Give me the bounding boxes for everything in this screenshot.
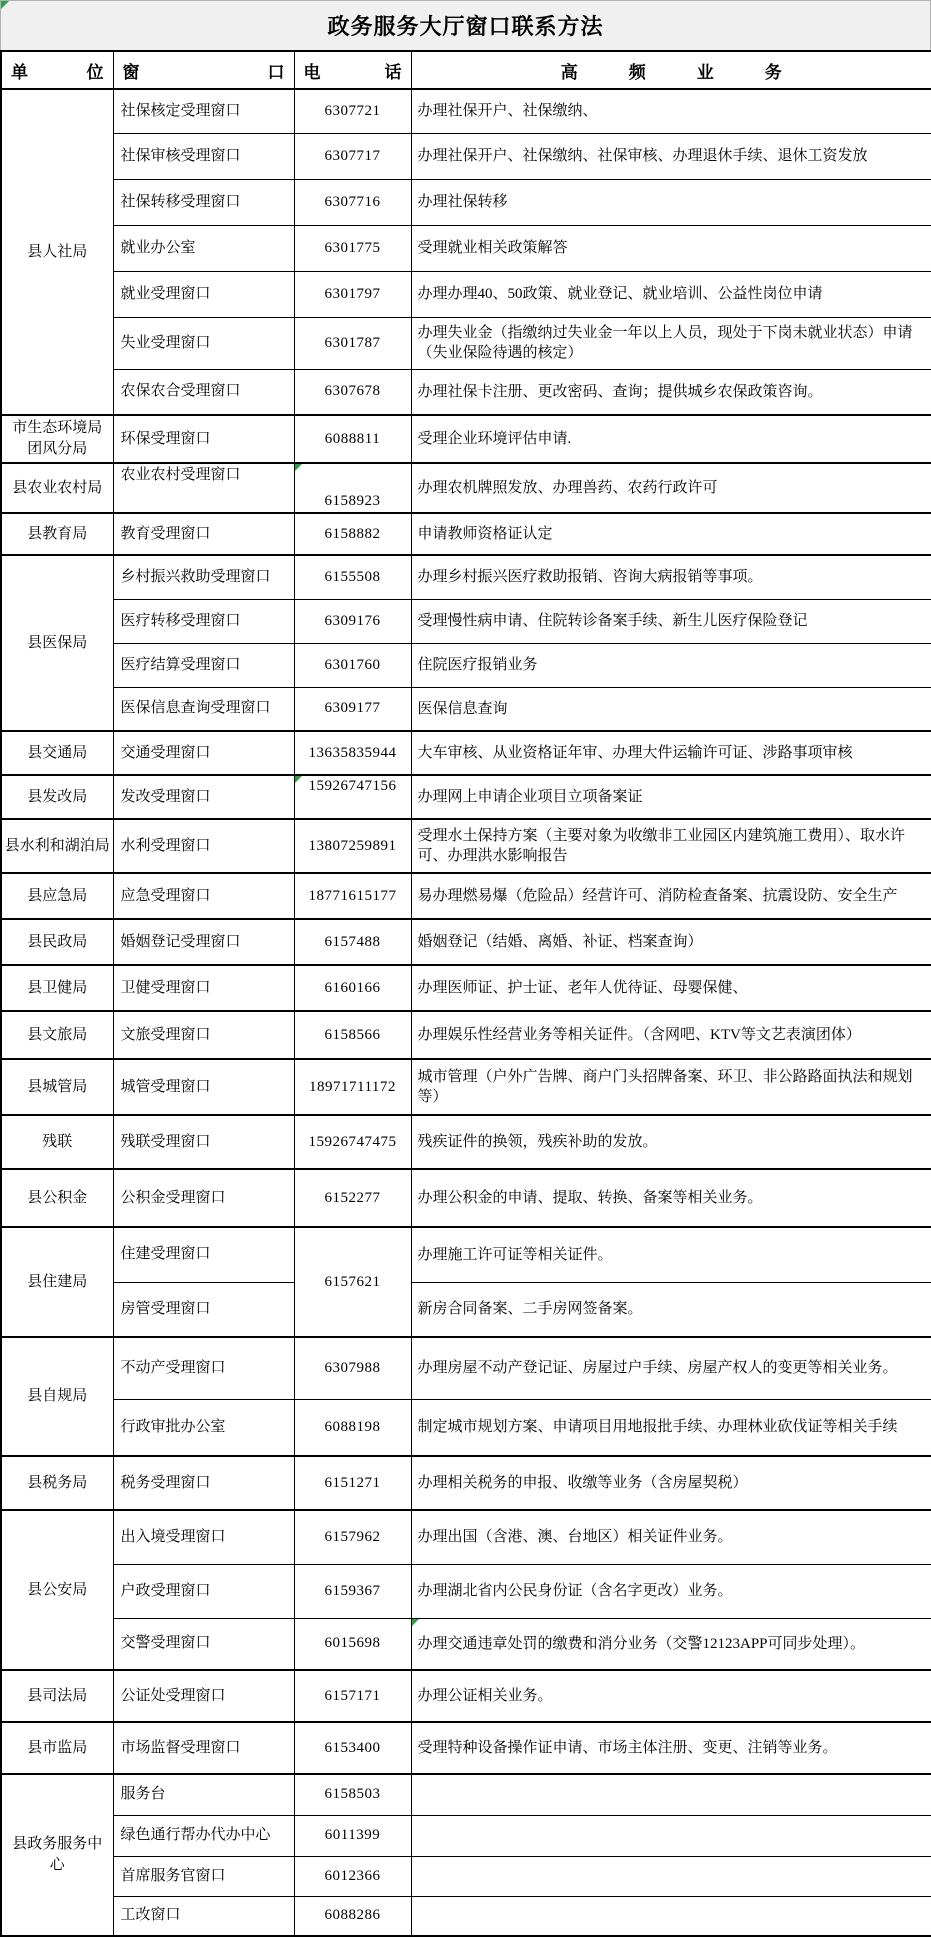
window-cell: 医保信息查询受理窗口 xyxy=(113,687,294,731)
table-row: 失业受理窗口6301787办理失业金（指缴纳过失业金一年以上人员，现处于下岗未就… xyxy=(1,317,931,369)
unit-cell: 县司法局 xyxy=(1,1670,113,1722)
business-cell: 办理网上申请企业项目立项备案证 xyxy=(411,775,931,819)
window-cell: 市场监督受理窗口 xyxy=(113,1722,294,1774)
phone-cell: 6157962 xyxy=(294,1510,411,1564)
business-cell: 残疾证件的换领，残疾补助的发放。 xyxy=(411,1115,931,1169)
business-cell: 受理水土保持方案（主要对象为收缴非工业园区内建筑施工费用）、取水许可、办理洪水影… xyxy=(411,819,931,873)
business-cell: 办理公积金的申请、提取、转换、备案等相关业务。 xyxy=(411,1169,931,1227)
table-row: 县税务局税务受理窗口6151271办理相关税务的申报、收缴等业务（含房屋契税） xyxy=(1,1456,931,1510)
business-cell: 医保信息查询 xyxy=(411,687,931,731)
unit-cell: 县卫健局 xyxy=(1,965,113,1011)
phone-cell: 18771615177 xyxy=(294,873,411,919)
phone-cell: 6301787 xyxy=(294,317,411,369)
business-cell: 办理失业金（指缴纳过失业金一年以上人员，现处于下岗未就业状态）申请（失业保险待遇… xyxy=(411,317,931,369)
table-row: 首席服务官窗口6012366 xyxy=(1,1856,931,1896)
table-row: 县住建局住建受理窗口6157621办理施工许可证等相关证件。 xyxy=(1,1227,931,1282)
business-cell: 办理社保开户、社保缴纳、社保审核、办理退休手续、退休工资发放 xyxy=(411,133,931,179)
phone-cell: 6158882 xyxy=(294,513,411,555)
business-cell xyxy=(411,1896,931,1936)
table-row: 县民政局婚姻登记受理窗口6157488婚姻登记（结婚、离婚、补证、档案查询） xyxy=(1,919,931,965)
table-row: 县市监局市场监督受理窗口6153400受理特种设备操作证申请、市场主体注册、变更… xyxy=(1,1722,931,1774)
window-cell: 农保农合受理窗口 xyxy=(113,369,294,415)
window-cell: 城管受理窗口 xyxy=(113,1059,294,1115)
window-cell: 绿色通行帮办代办中心 xyxy=(113,1815,294,1856)
cell-marker-icon xyxy=(412,1619,419,1626)
business-cell: 受理特种设备操作证申请、市场主体注册、变更、注销等业务。 xyxy=(411,1722,931,1774)
phone-cell: 6309176 xyxy=(294,599,411,643)
business-cell: 办理社保开户、社保缴纳、 xyxy=(411,89,931,133)
phone-cell: 15926747475 xyxy=(294,1115,411,1169)
phone-cell: 6307721 xyxy=(294,89,411,133)
business-cell: 易办理燃易爆（危险品）经营许可、消防检查备案、抗震设防、安全生产 xyxy=(411,873,931,919)
cell-marker-icon xyxy=(295,464,302,471)
business-cell: 制定城市规划方案、申请项目用地报批手续、办理林业砍伐证等相关手续 xyxy=(411,1399,931,1456)
table-row: 县人社局社保核定受理窗口6307721办理社保开户、社保缴纳、 xyxy=(1,89,931,133)
table-row: 县政务服务中 心服务台6158503 xyxy=(1,1774,931,1815)
unit-cell: 县自规局 xyxy=(1,1337,113,1456)
table-row: 就业办公室6301775受理就业相关政策解答 xyxy=(1,225,931,271)
phone-cell: 18971711172 xyxy=(294,1059,411,1115)
window-cell: 交通受理窗口 xyxy=(113,731,294,775)
window-cell: 首席服务官窗口 xyxy=(113,1856,294,1896)
window-cell: 房管受理窗口 xyxy=(113,1282,294,1337)
business-cell: 办理公证相关业务。 xyxy=(411,1670,931,1722)
window-cell: 卫健受理窗口 xyxy=(113,965,294,1011)
cell-marker-icon xyxy=(295,776,302,783)
phone-cell: 6088198 xyxy=(294,1399,411,1456)
business-cell: 受理企业环境评估申请. xyxy=(411,415,931,463)
unit-cell: 县税务局 xyxy=(1,1456,113,1510)
window-cell: 医疗结算受理窗口 xyxy=(113,643,294,687)
business-cell xyxy=(411,1774,931,1815)
header-row: 单位 窗口 电话 高频业务 xyxy=(1,51,931,89)
table-row: 县司法局公证处受理窗口6157171办理公证相关业务。 xyxy=(1,1670,931,1722)
business-cell: 办理交通违章处罚的缴费和消分业务（交警12123APP可同步处理）。 xyxy=(411,1618,931,1670)
table-row: 交警受理窗口6015698办理交通违章处罚的缴费和消分业务（交警12123APP… xyxy=(1,1618,931,1670)
window-cell: 社保转移受理窗口 xyxy=(113,179,294,225)
phone-cell: 13807259891 xyxy=(294,819,411,873)
table-row: 社保审核受理窗口6307717办理社保开户、社保缴纳、社保审核、办理退休手续、退… xyxy=(1,133,931,179)
unit-cell: 县政务服务中 心 xyxy=(1,1774,113,1936)
unit-cell: 县医保局 xyxy=(1,555,113,731)
phone-cell: 6088811 xyxy=(294,415,411,463)
window-cell: 应急受理窗口 xyxy=(113,873,294,919)
table-row: 县自规局不动产受理窗口6307988办理房屋不动产登记证、房屋过户手续、房屋产权… xyxy=(1,1337,931,1399)
phone-cell: 6309177 xyxy=(294,687,411,731)
unit-cell: 县人社局 xyxy=(1,89,113,415)
table-row: 县卫健局卫健受理窗口6160166办理医师证、护士证、老年人优待证、母婴保健、 xyxy=(1,965,931,1011)
phone-cell: 6012366 xyxy=(294,1856,411,1896)
window-cell: 社保核定受理窗口 xyxy=(113,89,294,133)
phone-cell: 6151271 xyxy=(294,1456,411,1510)
phone-cell: 6301760 xyxy=(294,643,411,687)
table-row: 县应急局应急受理窗口18771615177易办理燃易爆（危险品）经营许可、消防检… xyxy=(1,873,931,919)
phone-cell: 6155508 xyxy=(294,555,411,599)
business-cell: 住院医疗报销业务 xyxy=(411,643,931,687)
table-row: 县文旅局文旅受理窗口6158566办理娱乐性经营业务等相关证件。（含网吧、KTV… xyxy=(1,1011,931,1059)
table-row: 县公积金公积金受理窗口6152277办理公积金的申请、提取、转换、备案等相关业务… xyxy=(1,1169,931,1227)
phone-cell: 6307678 xyxy=(294,369,411,415)
business-cell xyxy=(411,1856,931,1896)
phone-cell: 6307717 xyxy=(294,133,411,179)
business-cell: 办理办理40、50政策、就业登记、就业培训、公益性岗位申请 xyxy=(411,271,931,317)
window-cell: 公证处受理窗口 xyxy=(113,1670,294,1722)
table-row: 行政审批办公室6088198制定城市规划方案、申请项目用地报批手续、办理林业砍伐… xyxy=(1,1399,931,1456)
window-cell: 医疗转移受理窗口 xyxy=(113,599,294,643)
table-row: 户政受理窗口6159367办理湖北省内公民身份证（含名字更改）业务。 xyxy=(1,1564,931,1618)
phone-cell: 6157621 xyxy=(294,1227,411,1337)
phone-cell: 6153400 xyxy=(294,1722,411,1774)
business-cell: 办理施工许可证等相关证件。 xyxy=(411,1227,931,1282)
table-row: 就业受理窗口6301797办理办理40、50政策、就业登记、就业培训、公益性岗位… xyxy=(1,271,931,317)
table-row: 县交通局交通受理窗口13635835944大车审核、从业资格证年审、办理大件运输… xyxy=(1,731,931,775)
window-cell: 交警受理窗口 xyxy=(113,1618,294,1670)
window-cell: 婚姻登记受理窗口 xyxy=(113,919,294,965)
business-cell: 办理相关税务的申报、收缴等业务（含房屋契税） xyxy=(411,1456,931,1510)
phone-cell: 6160166 xyxy=(294,965,411,1011)
business-cell: 办理农机牌照发放、办理兽药、农药行政许可 xyxy=(411,463,931,513)
business-cell: 办理社保卡注册、更改密码、查询；提供城乡农保政策咨询。 xyxy=(411,369,931,415)
phone-cell: 13635835944 xyxy=(294,731,411,775)
window-cell: 水利受理窗口 xyxy=(113,819,294,873)
table-row: 县城管局城管受理窗口18971711172城市管理（户外广告牌、商户门头招牌备案… xyxy=(1,1059,931,1115)
business-cell: 办理出国（含港、澳、台地区）相关证件业务。 xyxy=(411,1510,931,1564)
window-cell: 失业受理窗口 xyxy=(113,317,294,369)
business-cell: 办理乡村振兴医疗救助报销、咨询大病报销等事项。 xyxy=(411,555,931,599)
unit-cell: 县发改局 xyxy=(1,775,113,819)
phone-cell: 6152277 xyxy=(294,1169,411,1227)
table-row: 县水利和湖泊局水利受理窗口13807259891受理水土保持方案（主要对象为收缴… xyxy=(1,819,931,873)
table-row: 县农业农村局农业农村受理窗口6158923办理农机牌照发放、办理兽药、农药行政许… xyxy=(1,463,931,513)
table-row: 医保信息查询受理窗口6309177医保信息查询 xyxy=(1,687,931,731)
phone-cell: 6307716 xyxy=(294,179,411,225)
window-cell: 社保审核受理窗口 xyxy=(113,133,294,179)
table-row: 工改窗口6088286 xyxy=(1,1896,931,1936)
title-band: 政务服务大厅窗口联系方法 xyxy=(0,0,931,50)
business-cell: 大车审核、从业资格证年审、办理大件运输许可证、涉路事项审核 xyxy=(411,731,931,775)
business-cell: 新房合同备案、二手房网签备案。 xyxy=(411,1282,931,1337)
unit-cell: 市生态环境局 团风分局 xyxy=(1,415,113,463)
column-header-business: 高频业务 xyxy=(411,51,931,89)
table-row: 医疗转移受理窗口6309176受理慢性病申请、住院转诊备案手续、新生儿医疗保险登… xyxy=(1,599,931,643)
window-cell: 行政审批办公室 xyxy=(113,1399,294,1456)
column-header-unit: 单位 xyxy=(1,51,113,89)
table-row: 绿色通行帮办代办中心6011399 xyxy=(1,1815,931,1856)
phone-cell: 6011399 xyxy=(294,1815,411,1856)
window-cell: 发改受理窗口 xyxy=(113,775,294,819)
business-cell: 申请教师资格证认定 xyxy=(411,513,931,555)
window-cell: 残联受理窗口 xyxy=(113,1115,294,1169)
unit-cell: 县民政局 xyxy=(1,919,113,965)
business-cell: 办理社保转移 xyxy=(411,179,931,225)
phone-cell: 6307988 xyxy=(294,1337,411,1399)
table-row: 残联残联受理窗口15926747475残疾证件的换领，残疾补助的发放。 xyxy=(1,1115,931,1169)
phone-cell: 6301797 xyxy=(294,271,411,317)
window-cell: 服务台 xyxy=(113,1774,294,1815)
table-row: 房管受理窗口新房合同备案、二手房网签备案。 xyxy=(1,1282,931,1337)
window-cell: 不动产受理窗口 xyxy=(113,1337,294,1399)
window-cell: 就业办公室 xyxy=(113,225,294,271)
business-cell: 办理医师证、护士证、老年人优待证、母婴保健、 xyxy=(411,965,931,1011)
phone-cell: 6158923 xyxy=(294,463,411,513)
table-row: 县发改局发改受理窗口15926747156办理网上申请企业项目立项备案证 xyxy=(1,775,931,819)
window-cell: 出入境受理窗口 xyxy=(113,1510,294,1564)
window-cell: 就业受理窗口 xyxy=(113,271,294,317)
unit-cell: 县应急局 xyxy=(1,873,113,919)
unit-cell: 残联 xyxy=(1,1115,113,1169)
contact-table: 单位 窗口 电话 高频业务 县人社局社保核定受理窗口6307721办理社保开户、… xyxy=(0,50,931,1937)
phone-cell: 6301775 xyxy=(294,225,411,271)
table-row: 县公安局出入境受理窗口6157962办理出国（含港、澳、台地区）相关证件业务。 xyxy=(1,1510,931,1564)
phone-cell: 15926747156 xyxy=(294,775,411,819)
unit-cell: 县公安局 xyxy=(1,1510,113,1670)
window-cell: 环保受理窗口 xyxy=(113,415,294,463)
business-cell: 婚姻登记（结婚、离婚、补证、档案查询） xyxy=(411,919,931,965)
table-row: 市生态环境局 团风分局环保受理窗口6088811受理企业环境评估申请. xyxy=(1,415,931,463)
business-cell: 办理湖北省内公民身份证（含名字更改）业务。 xyxy=(411,1564,931,1618)
business-cell: 受理就业相关政策解答 xyxy=(411,225,931,271)
unit-cell: 县教育局 xyxy=(1,513,113,555)
business-cell: 办理娱乐性经营业务等相关证件。（含网吧、KTV等文艺表演团体） xyxy=(411,1011,931,1059)
phone-cell: 6158566 xyxy=(294,1011,411,1059)
unit-cell: 县文旅局 xyxy=(1,1011,113,1059)
column-header-window: 窗口 xyxy=(113,51,294,89)
corner-marker-icon xyxy=(1,1,9,9)
business-cell: 受理慢性病申请、住院转诊备案手续、新生儿医疗保险登记 xyxy=(411,599,931,643)
table-row: 农保农合受理窗口6307678办理社保卡注册、更改密码、查询；提供城乡农保政策咨… xyxy=(1,369,931,415)
unit-cell: 县水利和湖泊局 xyxy=(1,819,113,873)
column-header-phone: 电话 xyxy=(294,51,411,89)
table-row: 县教育局教育受理窗口6158882申请教师资格证认定 xyxy=(1,513,931,555)
page-title: 政务服务大厅窗口联系方法 xyxy=(327,10,603,41)
unit-cell: 县公积金 xyxy=(1,1169,113,1227)
unit-cell: 县交通局 xyxy=(1,731,113,775)
window-cell: 公积金受理窗口 xyxy=(113,1169,294,1227)
window-cell: 文旅受理窗口 xyxy=(113,1011,294,1059)
window-cell: 户政受理窗口 xyxy=(113,1564,294,1618)
business-cell: 城市管理（户外广告牌、商户门头招牌备案、环卫、非公路路面执法和规划等） xyxy=(411,1059,931,1115)
phone-cell: 6015698 xyxy=(294,1618,411,1670)
phone-cell: 6088286 xyxy=(294,1896,411,1936)
window-cell: 工改窗口 xyxy=(113,1896,294,1936)
unit-cell: 县住建局 xyxy=(1,1227,113,1337)
window-cell: 税务受理窗口 xyxy=(113,1456,294,1510)
table-row: 社保转移受理窗口6307716办理社保转移 xyxy=(1,179,931,225)
phone-cell: 6158503 xyxy=(294,1774,411,1815)
unit-cell: 县市监局 xyxy=(1,1722,113,1774)
unit-cell: 县农业农村局 xyxy=(1,463,113,513)
window-cell: 农业农村受理窗口 xyxy=(113,463,294,513)
unit-cell: 县城管局 xyxy=(1,1059,113,1115)
contact-sheet-page: 政务服务大厅窗口联系方法 单位 窗口 电话 高频业务 县人社局社保核定受理窗口6… xyxy=(0,0,931,1937)
phone-cell: 6157488 xyxy=(294,919,411,965)
window-cell: 教育受理窗口 xyxy=(113,513,294,555)
phone-cell: 6157171 xyxy=(294,1670,411,1722)
window-cell: 乡村振兴救助受理窗口 xyxy=(113,555,294,599)
business-cell xyxy=(411,1815,931,1856)
phone-cell: 6159367 xyxy=(294,1564,411,1618)
table-row: 县医保局乡村振兴救助受理窗口6155508办理乡村振兴医疗救助报销、咨询大病报销… xyxy=(1,555,931,599)
business-cell: 办理房屋不动产登记证、房屋过户手续、房屋产权人的变更等相关业务。 xyxy=(411,1337,931,1399)
table-row: 医疗结算受理窗口6301760住院医疗报销业务 xyxy=(1,643,931,687)
window-cell: 住建受理窗口 xyxy=(113,1227,294,1282)
